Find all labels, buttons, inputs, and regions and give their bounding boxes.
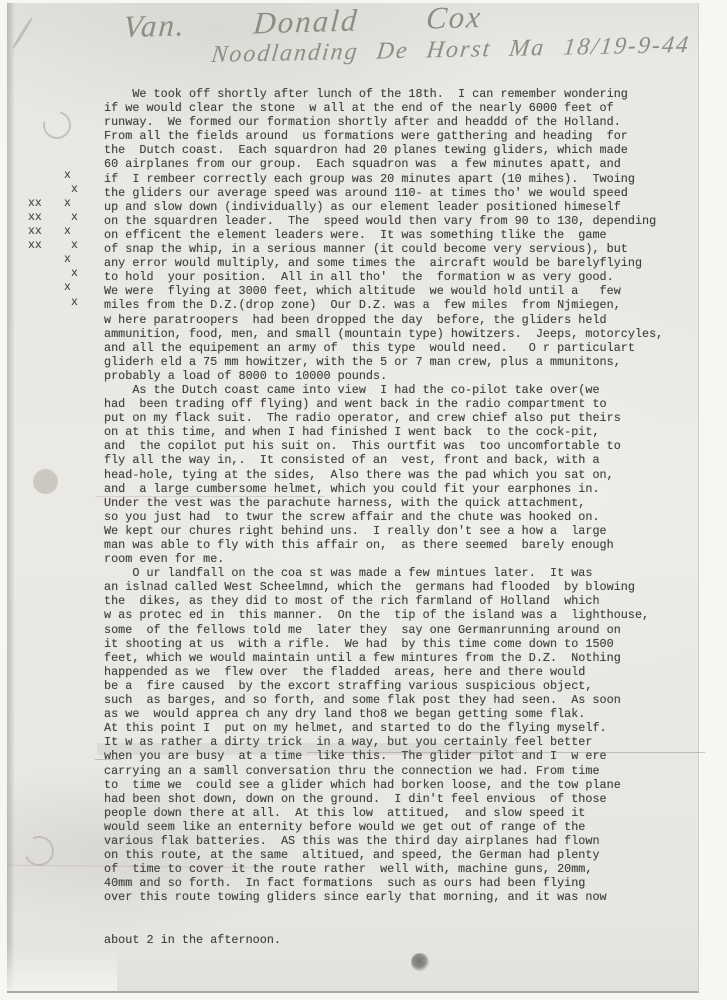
typed-line: the dikes, as they did to most of the ri… bbox=[104, 594, 663, 608]
punch-hole-middle bbox=[33, 469, 58, 494]
typed-line: over this route towing gliders since ear… bbox=[104, 890, 663, 904]
margin-x-mark: x bbox=[64, 197, 71, 210]
typed-line: and a large cumbersome helmet, which you… bbox=[104, 482, 663, 496]
typed-line: up and slow down (individually) as our e… bbox=[104, 200, 663, 214]
typed-line: if I rembeer correctly each group was 20… bbox=[104, 172, 663, 186]
typed-line: of time to cover it the route rather wel… bbox=[104, 862, 663, 876]
typed-line: man was able to fly with this affair on,… bbox=[104, 538, 663, 552]
margin-x-mark: x bbox=[71, 239, 78, 252]
typed-line: on the squardren leader. The speed would… bbox=[104, 214, 663, 228]
typed-line: as we would apprea ch any dry land tho8 … bbox=[104, 707, 663, 721]
typed-line: ammunition, food, men, and small (mounta… bbox=[104, 327, 663, 341]
typed-line: put on my flack suit. The radio operator… bbox=[104, 411, 663, 425]
typed-line: w as protec ed in this manner. On the ti… bbox=[104, 608, 663, 622]
typed-line: when you are busy at a time like this. T… bbox=[104, 749, 663, 763]
typewritten-body-text: We took off shortly after lunch of the 1… bbox=[104, 87, 663, 947]
typed-line: would seem like an enternity before woul… bbox=[104, 820, 663, 834]
margin-x-mark: x bbox=[71, 183, 78, 196]
typed-line: the Dutch coast. Each squardron had 20 p… bbox=[104, 143, 663, 157]
margin-x-mark: x bbox=[64, 169, 71, 182]
typed-line: on at this time, and when I had finished… bbox=[104, 425, 663, 439]
typed-line: any error would multiply, and some times… bbox=[104, 256, 663, 270]
typed-line: be a fire caused by the excort straffing… bbox=[104, 679, 663, 693]
typed-line: had been trading off flying) and went ba… bbox=[104, 397, 663, 411]
typed-line: about 2 in the afternoon. bbox=[104, 933, 663, 947]
typed-line: to hold your position. All in all tho' t… bbox=[104, 270, 663, 284]
margin-x-mark: xx bbox=[28, 239, 42, 252]
margin-x-mark: xx bbox=[28, 211, 42, 224]
typed-line: on this route, at the same altitued, and… bbox=[104, 848, 663, 862]
typed-line: some of the fellows told me later they s… bbox=[104, 623, 663, 637]
typed-line: happended as we flew over the fladded ar… bbox=[104, 665, 663, 679]
typed-line: if we would clear the stone w all at the… bbox=[104, 101, 663, 115]
typed-line: on efficent the element leaders were. It… bbox=[104, 228, 663, 242]
typed-line: feet, which we would maintain until a fe… bbox=[104, 651, 663, 665]
typed-line: We kept our chures right behind uns. I r… bbox=[104, 524, 663, 538]
ink-stain bbox=[411, 953, 429, 971]
typed-line: probably a load of 8000 to 10000 pounds. bbox=[104, 369, 663, 383]
typed-line: It w as rather a dirty trick in a way, b… bbox=[104, 735, 663, 749]
margin-x-mark: x bbox=[64, 281, 71, 294]
typed-line bbox=[104, 904, 663, 918]
typed-line: and all the equipement an army of this t… bbox=[104, 341, 663, 355]
typed-line: gliderh eld a 75 mm howitzer, with the 5… bbox=[104, 355, 663, 369]
typed-line: to time we could see a glider which had … bbox=[104, 778, 663, 792]
typed-line: carrying an a samll conversation thru th… bbox=[104, 764, 663, 778]
typed-line: As the Dutch coast came into view I had … bbox=[104, 383, 663, 397]
margin-x-mark: x bbox=[64, 253, 71, 266]
typed-line: O ur landfall on the coa st was made a f… bbox=[104, 566, 663, 580]
typed-line: had been shot down, down on the ground. … bbox=[104, 792, 663, 806]
typed-line: an islnad called West Scheelmnd, which t… bbox=[104, 580, 663, 594]
typed-line: We were flying at 3000 feet, which altit… bbox=[104, 284, 663, 298]
typed-line bbox=[104, 919, 663, 933]
typed-line: fly all the way in,. It consisted of an … bbox=[104, 453, 663, 467]
margin-annotation-marks: xxxxxxxxxxxxxxxxxx bbox=[7, 3, 107, 323]
typed-line: the gliders our average speed was around… bbox=[104, 186, 663, 200]
scanned-document-page: Van. Donald Cox Noodlanding De Horst Ma … bbox=[0, 0, 727, 1000]
typed-line: various flak batteries. AS this was the … bbox=[104, 834, 663, 848]
typed-line: such as barges, and so forth, and some f… bbox=[104, 693, 663, 707]
typed-line: From all the fields around us formations… bbox=[104, 129, 663, 143]
margin-x-mark: x bbox=[71, 296, 78, 309]
typed-line: 60 airplanes from our group. Each squadr… bbox=[104, 157, 663, 171]
margin-x-mark: x bbox=[64, 225, 71, 238]
margin-x-mark: xx bbox=[28, 197, 42, 210]
typed-line: head-hole, tying at the sides, Also ther… bbox=[104, 468, 663, 482]
margin-x-mark: xx bbox=[28, 225, 42, 238]
typed-line: of snap the whip, in a serious manner (i… bbox=[104, 242, 663, 256]
margin-x-mark: x bbox=[71, 267, 78, 280]
typed-line: w here paratroopers had been dropped the… bbox=[104, 313, 663, 327]
typed-line: runway. We formed our formation shortly … bbox=[104, 115, 663, 129]
margin-x-mark: x bbox=[71, 211, 78, 224]
typed-line: Under the vest was the parachute harness… bbox=[104, 496, 663, 510]
typed-line: it shooting at us with a rifle. We had b… bbox=[104, 637, 663, 651]
typed-line: and the copilot put his suit on. This ou… bbox=[104, 439, 663, 453]
typed-line: miles from the D.Z.(drop zone) Our D.Z. … bbox=[104, 298, 663, 312]
paper-sheet: Van. Donald Cox Noodlanding De Horst Ma … bbox=[7, 3, 699, 993]
typed-line: 40mm and so forth. In fact formations su… bbox=[104, 876, 663, 890]
typed-line: so you just had to twur the screw affair… bbox=[104, 510, 663, 524]
typed-line: At this point I put on my helmet, and st… bbox=[104, 721, 663, 735]
typed-line: people down there at all. At this low at… bbox=[104, 806, 663, 820]
typed-line: room even for me. bbox=[104, 552, 663, 566]
typed-line: We took off shortly after lunch of the 1… bbox=[104, 87, 663, 101]
